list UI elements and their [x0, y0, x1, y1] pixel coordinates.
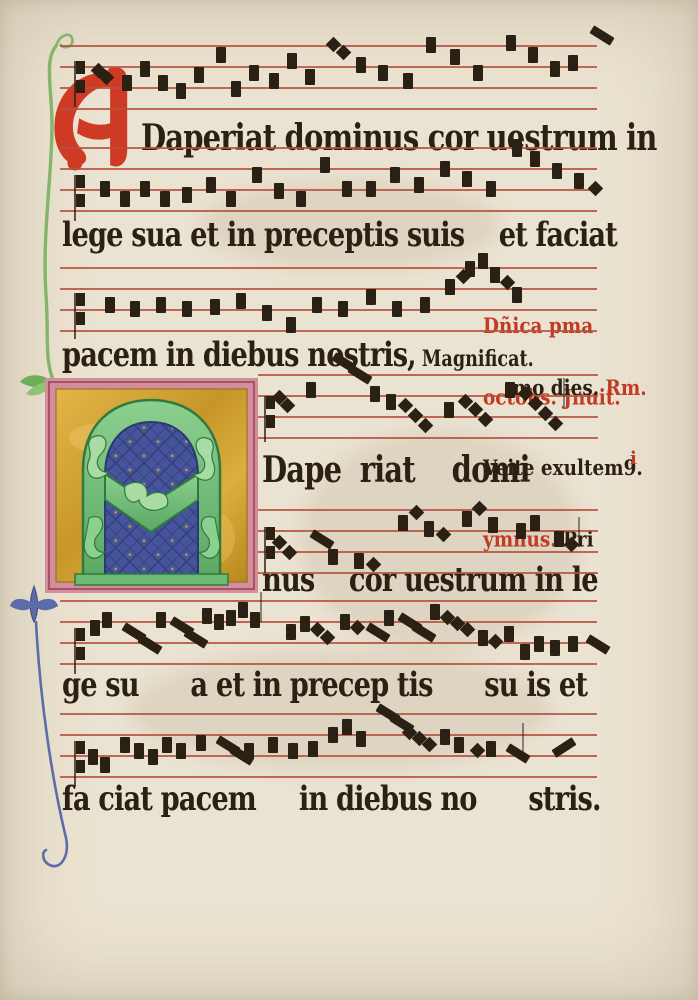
neume-s	[512, 287, 522, 303]
staff-line	[258, 551, 598, 553]
neume-s	[100, 757, 110, 773]
staff-line	[258, 572, 598, 574]
rubric-line-3: Veite exultem9.	[483, 455, 643, 480]
neume-s	[305, 69, 315, 85]
neume-s	[288, 743, 298, 759]
neume-s	[286, 317, 296, 333]
neume-s	[552, 163, 562, 179]
illuminated-initial: A	[45, 378, 258, 593]
neume-s	[550, 61, 560, 77]
neume-s	[530, 515, 540, 531]
neume-d	[366, 557, 382, 573]
neume-s	[249, 65, 259, 81]
music-staff-6	[60, 600, 597, 663]
neume-c	[74, 175, 76, 221]
neume-s	[226, 610, 236, 626]
neume-s	[308, 741, 318, 757]
music-staff-7	[60, 713, 597, 776]
staff-line	[60, 267, 597, 269]
neume-s	[520, 644, 530, 660]
neume-s	[440, 729, 450, 745]
neume-s	[440, 161, 450, 177]
neume-v	[260, 592, 262, 622]
neume-s	[148, 749, 158, 765]
neume-g	[585, 634, 610, 654]
neume-s	[122, 75, 132, 91]
neume-s	[328, 727, 338, 743]
neume-s	[130, 301, 140, 317]
neume-c	[74, 293, 76, 339]
neume-s	[462, 511, 472, 527]
neume-s	[102, 612, 112, 628]
rubric-line-5b: Rm.	[606, 375, 647, 400]
neume-g	[505, 743, 530, 763]
neume-s	[342, 181, 352, 197]
neume-s	[296, 191, 306, 207]
chant-line-3: pacem in diebus nostris, Magnificat.	[62, 335, 534, 375]
staff-line	[60, 713, 597, 715]
neume-s	[160, 191, 170, 207]
neume-s	[238, 602, 248, 618]
neume-s	[366, 289, 376, 305]
neume-s	[444, 402, 454, 418]
neume-s	[140, 61, 150, 77]
neume-s	[176, 83, 186, 99]
chant-line-3-text: pacem in diebus nostris,	[62, 335, 416, 375]
neume-s	[312, 297, 322, 313]
neume-s	[268, 737, 278, 753]
neume-c	[264, 527, 266, 573]
neume-s	[426, 37, 436, 53]
staff-line	[60, 776, 597, 778]
staff-line	[60, 108, 597, 110]
neume-s	[478, 630, 488, 646]
staff-line	[60, 309, 597, 311]
neume-s	[568, 636, 578, 652]
neume-s	[450, 49, 460, 65]
neume-s	[505, 382, 515, 398]
neume-c	[264, 396, 266, 442]
neume-s	[506, 35, 516, 51]
neume-s	[550, 640, 560, 656]
staff-line	[60, 330, 597, 332]
staff-line	[60, 621, 597, 623]
neume-d	[282, 545, 298, 561]
neume-g	[411, 622, 436, 642]
neume-s	[156, 297, 166, 313]
neume-s	[420, 297, 430, 313]
neume-s	[530, 151, 540, 167]
neume-s	[390, 167, 400, 183]
neume-s	[554, 531, 564, 547]
chant-line-6: ge su a et in precep tis su is et	[62, 665, 587, 705]
neume-s	[202, 608, 212, 624]
neume-s	[206, 177, 216, 193]
neume-s	[486, 741, 496, 757]
staff-line	[60, 87, 597, 89]
illuminated-a-icon	[45, 378, 258, 593]
neume-v	[563, 378, 565, 408]
neume-g	[183, 628, 208, 648]
neume-d	[478, 412, 494, 428]
neume-s	[340, 614, 350, 630]
neume-s	[262, 305, 272, 321]
music-staff-4	[258, 374, 598, 437]
neume-s	[445, 279, 455, 295]
neume-s	[287, 53, 297, 69]
neume-s	[454, 737, 464, 753]
neume-s	[176, 743, 186, 759]
neume-s	[182, 187, 192, 203]
neume-s	[516, 523, 526, 539]
neume-s	[534, 636, 544, 652]
neume-s	[300, 616, 310, 632]
neume-s	[528, 47, 538, 63]
neume-d	[488, 634, 504, 650]
neume-s	[162, 737, 172, 753]
neume-s	[378, 65, 388, 81]
blue-flourish-icon	[10, 586, 67, 866]
neume-s	[356, 57, 366, 73]
neume-s	[182, 301, 192, 317]
neume-s	[194, 67, 204, 83]
neume-s	[120, 191, 130, 207]
chant-line-7: fa ciat pacem in diebus no stris.	[62, 779, 601, 819]
neume-s	[465, 261, 475, 277]
neume-s	[226, 191, 236, 207]
neume-s	[274, 183, 284, 199]
music-staff-1	[60, 45, 597, 108]
chant-line-2: lege sua et in preceptis suis et faciat	[62, 215, 617, 255]
neume-s	[231, 81, 241, 97]
neume-s	[384, 610, 394, 626]
neume-s	[512, 141, 522, 157]
neume-s	[356, 731, 366, 747]
neume-d	[564, 537, 580, 553]
neume-s	[250, 612, 260, 628]
neume-s	[196, 735, 206, 751]
neume-d	[548, 416, 564, 432]
neume-v	[578, 517, 580, 547]
neume-v	[522, 723, 524, 753]
staff-line	[60, 210, 597, 212]
neume-g	[137, 634, 162, 654]
neume-s	[430, 604, 440, 620]
neume-s	[486, 181, 496, 197]
staff-line	[60, 600, 597, 602]
neume-s	[414, 177, 424, 193]
neume-s	[504, 626, 514, 642]
neume-s	[366, 181, 376, 197]
neume-s	[120, 737, 130, 753]
neume-s	[370, 386, 380, 402]
neume-s	[90, 620, 100, 636]
neume-s	[392, 301, 402, 317]
neume-s	[158, 75, 168, 91]
neume-s	[354, 553, 364, 569]
neume-d	[418, 418, 434, 434]
neume-s	[488, 517, 498, 533]
neume-s	[342, 719, 352, 735]
neume-s	[244, 743, 254, 759]
neume-c	[74, 61, 76, 107]
staff-line	[60, 663, 597, 665]
neume-s	[398, 515, 408, 531]
neume-s	[386, 394, 396, 410]
manuscript-page: A	[0, 0, 698, 1000]
neume-c	[74, 741, 76, 787]
neume-s	[269, 73, 279, 89]
neume-s	[320, 157, 330, 173]
neume-s	[462, 171, 472, 187]
neume-s	[252, 167, 262, 183]
neume-s	[105, 297, 115, 313]
neume-d	[588, 181, 604, 197]
neume-s	[286, 624, 296, 640]
neume-s	[214, 614, 224, 630]
neume-s	[88, 749, 98, 765]
neume-s	[156, 612, 166, 628]
neume-s	[210, 299, 220, 315]
marginal-mark: i	[630, 448, 637, 469]
neume-s	[568, 55, 578, 71]
neume-s	[574, 173, 584, 189]
neume-g	[309, 529, 334, 549]
staff-line	[258, 437, 598, 439]
neume-s	[473, 65, 483, 81]
neume-s	[100, 181, 110, 197]
neume-g	[589, 25, 614, 45]
neume-s	[306, 382, 316, 398]
neume-s	[328, 549, 338, 565]
neume-s	[424, 521, 434, 537]
neume-s	[338, 301, 348, 317]
music-staff-5	[258, 509, 598, 572]
staff-line	[258, 509, 598, 511]
neume-s	[236, 293, 246, 309]
music-staff-2	[60, 147, 597, 210]
neume-s	[216, 47, 226, 63]
neume-s	[134, 743, 144, 759]
staff-line	[258, 374, 598, 376]
neume-s	[478, 253, 488, 269]
neume-s	[140, 181, 150, 197]
neume-s	[403, 73, 413, 89]
music-staff-3	[60, 267, 597, 330]
neume-c	[74, 628, 76, 674]
neume-s	[490, 267, 500, 283]
